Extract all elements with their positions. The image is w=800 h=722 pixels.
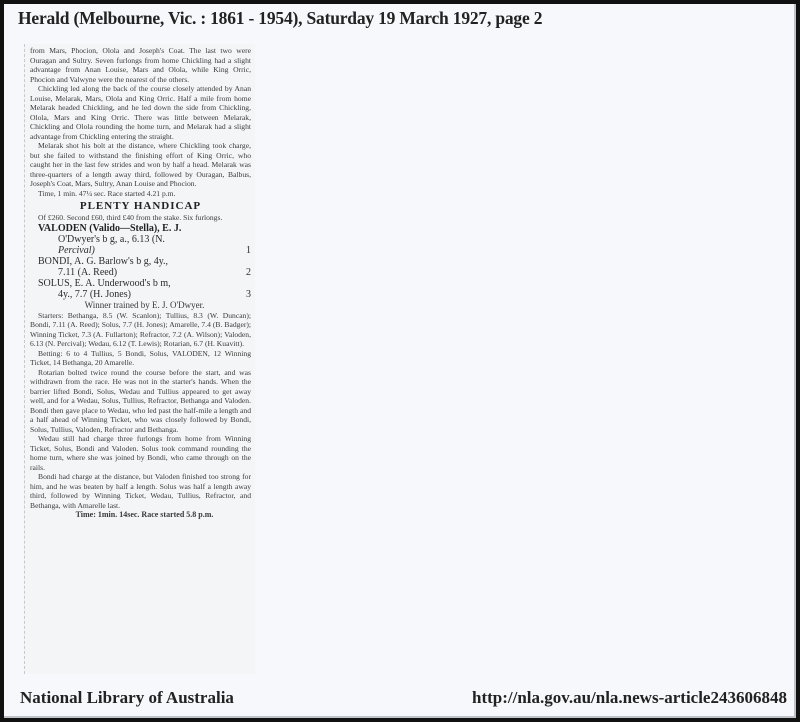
page-title: Herald (Melbourne, Vic. : 1861 - 1954), … [18, 8, 542, 29]
article-paragraph: from Mars, Phocion, Olola and Joseph's C… [30, 46, 251, 84]
newspaper-clipping: from Mars, Phocion, Olola and Joseph's C… [24, 44, 255, 674]
result-line: Percival)1 [30, 245, 251, 256]
article-paragraph: Rotarian bolted twice round the course b… [30, 368, 251, 435]
starters-paragraph: Starters: Bethanga, 8.5 (W. Scanlon); Tu… [30, 311, 251, 349]
result-place: 3 [238, 289, 251, 300]
result-line: SOLUS, E. A. Underwood's b m, [30, 278, 251, 289]
race-heading: PLENTY HANDICAP [30, 200, 251, 212]
race-conditions: Of £260. Second £60, third £40 from the … [30, 213, 251, 223]
betting-paragraph: Betting: 6 to 4 Tullius, 5 Bondi, Solus,… [30, 349, 251, 368]
result-line: 7.11 (A. Reed)2 [30, 267, 251, 278]
result-line: BONDI, A. G. Barlow's b g, 4y., [30, 256, 251, 267]
race-time: Time, 1 min. 47¼ sec. Race started 4.21 … [30, 189, 251, 199]
page-frame: Herald (Melbourne, Vic. : 1861 - 1954), … [4, 4, 796, 718]
article-paragraph: Chickling led along the back of the cour… [30, 84, 251, 141]
result-place: 1 [238, 245, 251, 256]
result-line: O'Dwyer's b g, a., 6.13 (N. [30, 234, 251, 245]
race-time: Time: 1min. 14sec. Race started 5.8 p.m. [30, 510, 251, 520]
article-url[interactable]: http://nla.gov.au/nla.news-article243606… [472, 688, 787, 708]
article-column: from Mars, Phocion, Olola and Joseph's C… [25, 44, 255, 520]
article-paragraph: Wedau still had charge three furlongs fr… [30, 434, 251, 472]
source-label: National Library of Australia [20, 688, 234, 708]
article-paragraph: Melarak shot his bolt at the distance, w… [30, 141, 251, 189]
trainer-line: Winner trained by E. J. O'Dwyer. [30, 300, 251, 311]
article-paragraph: Bondi had charge at the distance, but Va… [30, 472, 251, 510]
result-place: 2 [238, 267, 251, 278]
result-line: 4y., 7.7 (H. Jones)3 [30, 289, 251, 300]
result-line: VALODEN (Valido—Stella), E. J. [30, 223, 251, 234]
